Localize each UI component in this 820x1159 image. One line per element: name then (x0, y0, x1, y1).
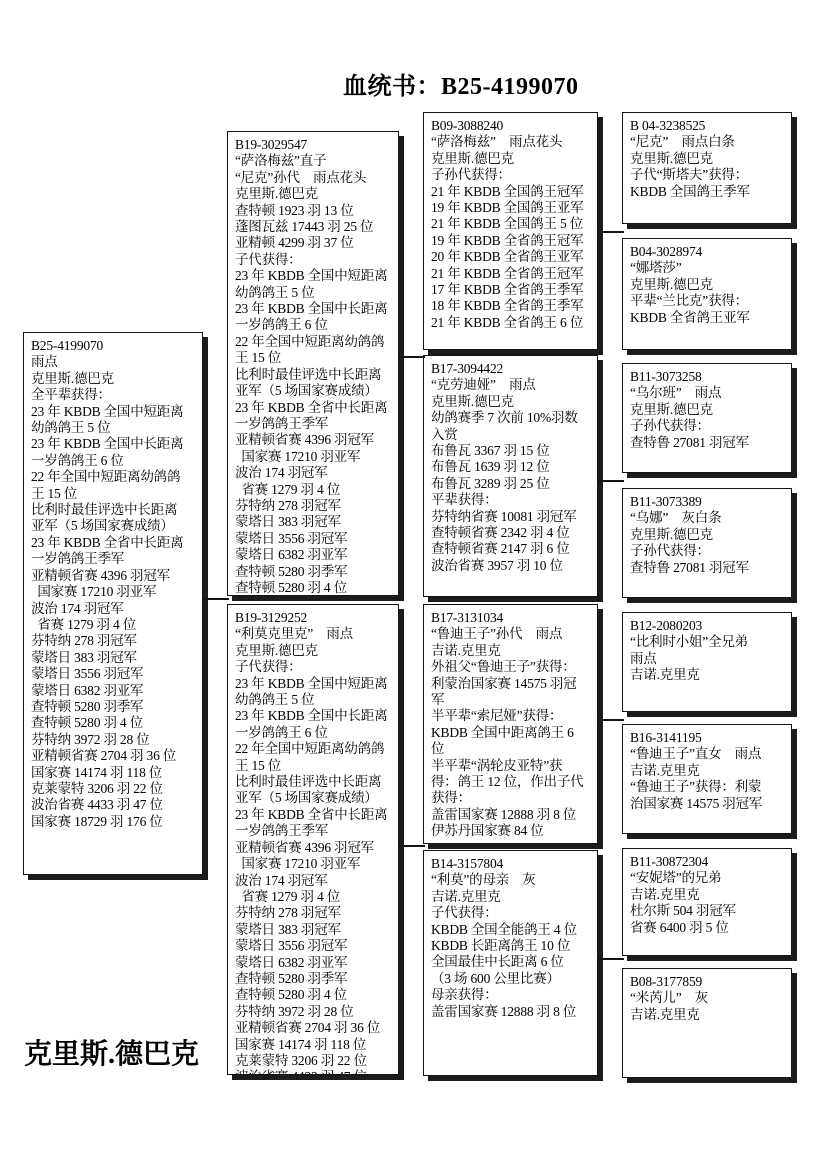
box-line: 子孙代获得： (431, 167, 591, 183)
pedigree-box-B16-3141195: B16-3141195“鲁迪王子”直女 雨点吉诺.克里克“鲁迪王子”获得：利蒙治… (622, 724, 792, 834)
box-line: 国家赛 17210 羽亚军 (235, 856, 392, 872)
box-line: 蒙塔日 6382 羽亚军 (31, 683, 196, 699)
box-line: 子孙代获得： (630, 543, 785, 559)
box-line: 幼鸽鸽王 5 位 (31, 420, 196, 436)
box-line: （3 场 600 公里比赛） (431, 971, 591, 987)
box-line: 省赛 1279 羽 4 位 (235, 889, 392, 905)
box-line: 子代获得： (235, 659, 392, 675)
ring-number: B14-3157804 (431, 856, 591, 872)
box-line: 22 年全国中短距离幼鸽鸽 (31, 469, 196, 485)
box-line: 国家赛 14174 羽 118 位 (31, 765, 196, 781)
ring-number: B17-3094422 (431, 361, 591, 377)
box-line: “利莫克里克” 雨点 (235, 626, 392, 642)
box-line: 23 年 KBDB 全省中长距离 (31, 535, 196, 551)
box-line: 克里斯.德巴克 (630, 527, 785, 543)
box-line: 一岁鸽鸽王 6 位 (31, 453, 196, 469)
box-line: 吉诺.克里克 (630, 1007, 785, 1023)
box-line: 亚军（5 场国家赛成绩） (235, 383, 392, 399)
box-line: “克劳迪娅” 雨点 (431, 377, 591, 393)
box-line: 波治 174 羽冠军 (235, 873, 392, 889)
box-line: 21 年 KBDB 全国鸽王 5 位 (431, 216, 591, 232)
ring-number: B11-30872304 (630, 854, 785, 870)
box-line: 亚精顿 4299 羽 37 位 (235, 235, 392, 251)
box-line: 伊苏丹国家赛 84 位 (431, 823, 591, 839)
ring-number: B11-3073258 (630, 369, 785, 385)
box-line: 蓬图瓦兹 17443 羽 25 位 (235, 219, 392, 235)
box-line: 23 年 KBDB 全国中长距离 (235, 708, 392, 724)
box-line: 查特顿 5280 羽季军 (235, 971, 392, 987)
pedigree-box-B14-3157804: B14-3157804“利莫”的母亲 灰吉诺.克里克子代获得：KBDB 全国全能… (423, 850, 598, 1076)
pedigree-box-B04-3028974: B04-3028974“娜塔莎”克里斯.德巴克平辈“兰比克”获得：KBDB 全省… (622, 238, 792, 350)
box-line: 芬特纳 3972 羽 28 位 (235, 1004, 392, 1020)
box-line: 一岁鸽鸽王季军 (235, 823, 392, 839)
box-line: 吉诺.克里克 (431, 643, 591, 659)
box-line: 王 15 位 (235, 350, 392, 366)
pedigree-box-B11-30872304: B11-30872304“安妮塔”的兄弟吉诺.克里克杜尔斯 504 羽冠军省赛 … (622, 848, 792, 956)
box-line: 21 年 KBDB 全省鸽王冠军 (431, 266, 591, 282)
box-line: “利莫”的母亲 灰 (431, 872, 591, 888)
pedigree-box-B12-2080203: B12-2080203“比利时小姐”全兄弟雨点吉诺.克里克 (622, 612, 792, 712)
box-line: 克莱蒙特 3206 羽 22 位 (235, 1053, 392, 1069)
box-line: 子代获得： (235, 252, 392, 268)
box-line: 芬特纳 3972 羽 28 位 (31, 732, 196, 748)
box-line: 23 年 KBDB 全国中长距离 (31, 436, 196, 452)
ring-number: B25-4199070 (31, 338, 196, 354)
box-line: 克里斯.德巴克 (431, 151, 591, 167)
box-line: “鲁迪王子”孙代 雨点 (431, 626, 591, 642)
ring-number: B11-3073389 (630, 494, 785, 510)
pedigree-box-B08-3177859: B08-3177859“米芮儿” 灰吉诺.克里克 (622, 968, 792, 1078)
box-line: 19 年 KBDB 全国鸽王亚军 (431, 200, 591, 216)
box-line: 国家赛 17210 羽亚军 (235, 449, 392, 465)
box-line: 平辈“兰比克”获得： (630, 293, 785, 309)
connector-line (598, 958, 624, 960)
box-line: “萨洛梅兹” 雨点花头 (431, 134, 591, 150)
connector-line (399, 356, 425, 358)
box-line: 波治省赛 4433 羽 47 位 (235, 1069, 392, 1075)
pedigree-box-B17-3131034: B17-3131034“鲁迪王子”孙代 雨点吉诺.克里克外祖父“鲁迪王子”获得：… (423, 604, 598, 844)
ring-number: B19-3029547 (235, 137, 392, 153)
box-line: 芬特纳 278 羽冠军 (235, 498, 392, 514)
box-line: 芬特纳省赛 10081 羽冠军 (431, 509, 591, 525)
box-line: 国家赛 17210 羽亚军 (31, 584, 196, 600)
box-line: 一岁鸽鸽王季军 (235, 416, 392, 432)
box-line: 一岁鸽鸽王 6 位 (235, 725, 392, 741)
box-line: 子代“斯塔夫”获得： (630, 167, 785, 183)
box-line: 克里斯.德巴克 (630, 402, 785, 418)
box-line: 查特顿省赛 2147 羽 6 位 (431, 541, 591, 557)
box-line: 军 (431, 692, 591, 708)
box-line: 吉诺.克里克 (630, 667, 785, 683)
box-line: 王 15 位 (235, 758, 392, 774)
box-line: 省赛 1279 羽 4 位 (235, 482, 392, 498)
box-line: 查特顿 1923 羽 13 位 (235, 203, 392, 219)
box-line: 克里斯.德巴克 (31, 371, 196, 387)
box-line: 克里斯.德巴克 (235, 186, 392, 202)
pedigree-box-B11-3073389: B11-3073389“乌娜” 灰白条克里斯.德巴克子孙代获得：查特鲁 2708… (622, 488, 792, 598)
box-line: 布鲁瓦 3289 羽 25 位 (431, 476, 591, 492)
pedigree-document: { "page": { "title": "血统书：B25-4199070", … (0, 0, 820, 1159)
box-line: 入赏 (431, 427, 591, 443)
box-line: 18 年 KBDB 全省鸽王季军 (431, 298, 591, 314)
ring-number: B04-3028974 (630, 244, 785, 260)
box-line: 查特顿省赛 2342 羽 4 位 (431, 525, 591, 541)
box-line: 亚军（5 场国家赛成绩） (31, 518, 196, 534)
pedigree-box-B25-4199070: B25-4199070雨点克里斯.德巴克全平辈获得：23 年 KBDB 全国中短… (23, 332, 203, 875)
box-line: 查特顿 5280 羽 4 位 (235, 580, 392, 596)
ring-number: B 04-3238525 (630, 118, 785, 134)
box-line: 杜尔斯 504 羽冠军 (630, 903, 785, 919)
box-line: 国家赛 14174 羽 118 位 (235, 1037, 392, 1053)
box-line: KBDB 全国鸽王季军 (630, 184, 785, 200)
box-line: 全国最佳中长距离 6 位 (431, 954, 591, 970)
box-line: 克里斯.德巴克 (630, 151, 785, 167)
box-line: 克里斯.德巴克 (431, 394, 591, 410)
box-line: 外祖父“鲁迪王子”获得： (431, 659, 591, 675)
box-line: 19 年 KBDB 全省鸽王冠军 (431, 233, 591, 249)
box-line: 查特顿 5280 羽季军 (31, 699, 196, 715)
box-line: 王 15 位 (31, 486, 196, 502)
box-line: 波治省赛 4433 羽 47 位 (31, 797, 196, 813)
box-line: 利蒙治国家赛 14575 羽冠 (431, 676, 591, 692)
box-line: “娜塔莎” (630, 260, 785, 276)
box-line: 亚精顿省赛 4396 羽冠军 (31, 568, 196, 584)
box-line: 23 年 KBDB 全省中长距离 (235, 807, 392, 823)
box-line: 吉诺.克里克 (630, 763, 785, 779)
box-line: 一岁鸽鸽王季军 (31, 551, 196, 567)
pedigree-box-B11-3073258: B11-3073258“乌尔班” 雨点克里斯.德巴克子孙代获得：查特鲁 2708… (622, 363, 792, 473)
ring-number: B16-3141195 (630, 730, 785, 746)
pedigree-box-B17-3094422: B17-3094422“克劳迪娅” 雨点克里斯.德巴克幼鸽赛季 7 次前 10%… (423, 355, 598, 597)
box-line: 省赛 1279 羽 4 位 (31, 617, 196, 633)
box-line: 子代获得： (431, 905, 591, 921)
ring-number: B19-3129252 (235, 610, 392, 626)
box-line: 亚精顿省赛 4396 羽冠军 (235, 432, 392, 448)
box-line: 23 年 KBDB 全省中长距离 (235, 400, 392, 416)
box-line: 布鲁瓦 3367 羽 15 位 (431, 443, 591, 459)
box-line: 得：鸽王 12 位，作出子代 (431, 774, 591, 790)
box-line: 幼鸽鸽王 5 位 (235, 285, 392, 301)
box-line: 布鲁瓦 1639 羽 12 位 (431, 459, 591, 475)
box-line: 幼鸽赛季 7 次前 10%羽数 (431, 410, 591, 426)
box-line: 17 年 KBDB 全省鸽王季军 (431, 282, 591, 298)
box-line: 波治 174 羽冠军 (31, 601, 196, 617)
pedigree-box-B19-3029547: B19-3029547“萨洛梅兹”直子“尼克”孙代 雨点花头克里斯.德巴克查特顿… (227, 131, 399, 596)
box-line: 盖雷国家赛 12888 羽 8 位 (431, 1004, 591, 1020)
box-line: 蒙塔日 383 羽冠军 (235, 514, 392, 530)
box-line: 查特顿 5280 羽季军 (235, 564, 392, 580)
box-line: KBDB 全国全能鸽王 4 位 (431, 922, 591, 938)
box-line: 幼鸽鸽王 5 位 (235, 692, 392, 708)
breeder-name: 克里斯.德巴克 (24, 1032, 199, 1072)
box-line: “鲁迪王子”获得：利蒙 (630, 779, 785, 795)
box-line: 母亲获得： (431, 987, 591, 1003)
box-line: 比利时最佳评选中长距离 (235, 367, 392, 383)
box-line: 蒙塔日 383 羽冠军 (31, 650, 196, 666)
pedigree-box-B04-3238525: B 04-3238525“尼克” 雨点白条克里斯.德巴克子代“斯塔夫”获得：KB… (622, 112, 792, 224)
box-line: 克里斯.德巴克 (235, 643, 392, 659)
box-line: 国家赛 18729 羽 176 位 (31, 814, 196, 830)
ring-number: B12-2080203 (630, 618, 785, 634)
box-line: 比利时最佳评选中长距离 (31, 502, 196, 518)
box-line: 21 年 KBDB 全国鸽王冠军 (431, 184, 591, 200)
box-line: 吉诺.克里克 (431, 889, 591, 905)
box-line: 20 年 KBDB 全省鸽王亚军 (431, 249, 591, 265)
box-line: “安妮塔”的兄弟 (630, 870, 785, 886)
connector-line (598, 231, 624, 233)
box-line: 21 年 KBDB 全省鸽王 6 位 (431, 315, 591, 331)
box-line: 22 年全国中短距离幼鸽鸽 (235, 741, 392, 757)
box-line: 蒙塔日 6382 羽亚军 (235, 547, 392, 563)
box-line: 半平辈“涡轮皮亚特”获 (431, 758, 591, 774)
connector-line (598, 719, 624, 721)
box-line: 雨点 (630, 651, 785, 667)
box-line: 23 年 KBDB 全国中短距离 (31, 404, 196, 420)
box-line: 蒙塔日 3556 羽冠军 (235, 531, 392, 547)
box-line: “尼克”孙代 雨点花头 (235, 170, 392, 186)
box-line: 芬特纳 278 羽冠军 (31, 633, 196, 649)
box-line: 蒙塔日 3556 羽冠军 (235, 938, 392, 954)
box-line: 22 年全国中短距离幼鸽鸽 (235, 334, 392, 350)
box-line: 吉诺.克里克 (630, 887, 785, 903)
box-line: “尼克” 雨点白条 (630, 134, 785, 150)
connector-line (598, 480, 624, 482)
box-line: 查特鲁 27081 羽冠军 (630, 560, 785, 576)
box-line: 雨点 (31, 354, 196, 370)
box-line: “比利时小姐”全兄弟 (630, 634, 785, 650)
box-line: 23 年 KBDB 全国中短距离 (235, 676, 392, 692)
box-line: KBDB 全国中距离鸽王 6 (431, 725, 591, 741)
ring-number: B09-3088240 (431, 118, 591, 134)
connector-line (399, 845, 425, 847)
box-line: 省赛 6400 羽 5 位 (630, 920, 785, 936)
box-line: 子孙代获得： (630, 418, 785, 434)
pedigree-box-B09-3088240: B09-3088240“萨洛梅兹” 雨点花头克里斯.德巴克子孙代获得：21 年 … (423, 112, 598, 350)
box-line: 比利时最佳评选中长距离 (235, 774, 392, 790)
box-line: 平辈获得： (431, 492, 591, 508)
box-line: 蒙塔日 6382 羽亚军 (235, 955, 392, 971)
box-line: 盖雷国家赛 12888 羽 8 位 (431, 807, 591, 823)
box-line: 一岁鸽鸽王 6 位 (235, 317, 392, 333)
box-line: KBDB 长距离鸽王 10 位 (431, 938, 591, 954)
box-line: 蒙塔日 383 羽冠军 (235, 922, 392, 938)
box-line: KBDB 全省鸽王亚军 (630, 310, 785, 326)
box-line: 位 (431, 741, 591, 757)
box-line: 克莱蒙特 3206 羽 22 位 (31, 781, 196, 797)
box-line: 克里斯.德巴克 (630, 277, 785, 293)
box-line: 查特顿 5280 羽 4 位 (31, 715, 196, 731)
box-line: 23 年 KBDB 全国中长距离 (235, 301, 392, 317)
box-line: 芬特纳 278 羽冠军 (235, 905, 392, 921)
box-line: 查特顿 5280 羽 4 位 (235, 987, 392, 1003)
box-line: 治国家赛 14575 羽冠军 (630, 796, 785, 812)
box-line: 全平辈获得： (31, 387, 196, 403)
box-line: “鲁迪王子”直女 雨点 (630, 746, 785, 762)
box-line: 亚精顿省赛 2704 羽 36 位 (31, 748, 196, 764)
box-line: “米芮儿” 灰 (630, 990, 785, 1006)
box-line: 亚军（5 场国家赛成绩） (235, 790, 392, 806)
box-line: “乌尔班” 雨点 (630, 385, 785, 401)
box-line: “萨洛梅兹”直子 (235, 153, 392, 169)
box-line: 获得： (431, 790, 591, 806)
ring-number: B17-3131034 (431, 610, 591, 626)
box-line: “乌娜” 灰白条 (630, 510, 785, 526)
connector-line (203, 598, 229, 600)
box-line: 亚精顿省赛 4396 羽冠军 (235, 840, 392, 856)
box-line: 亚精顿省赛 2704 羽 36 位 (235, 1020, 392, 1036)
page-title: 血统书：B25-4199070 (343, 66, 579, 101)
box-line: 半平辈“索尼娅”获得： (431, 708, 591, 724)
box-line: 查特鲁 27081 羽冠军 (630, 435, 785, 451)
box-line: 波治 174 羽冠军 (235, 465, 392, 481)
ring-number: B08-3177859 (630, 974, 785, 990)
box-line: 23 年 KBDB 全国中短距离 (235, 268, 392, 284)
box-line: 波治省赛 3957 羽 10 位 (431, 558, 591, 574)
box-line: 蒙塔日 3556 羽冠军 (31, 666, 196, 682)
pedigree-box-B19-3129252: B19-3129252“利莫克里克” 雨点克里斯.德巴克子代获得：23 年 KB… (227, 604, 399, 1075)
